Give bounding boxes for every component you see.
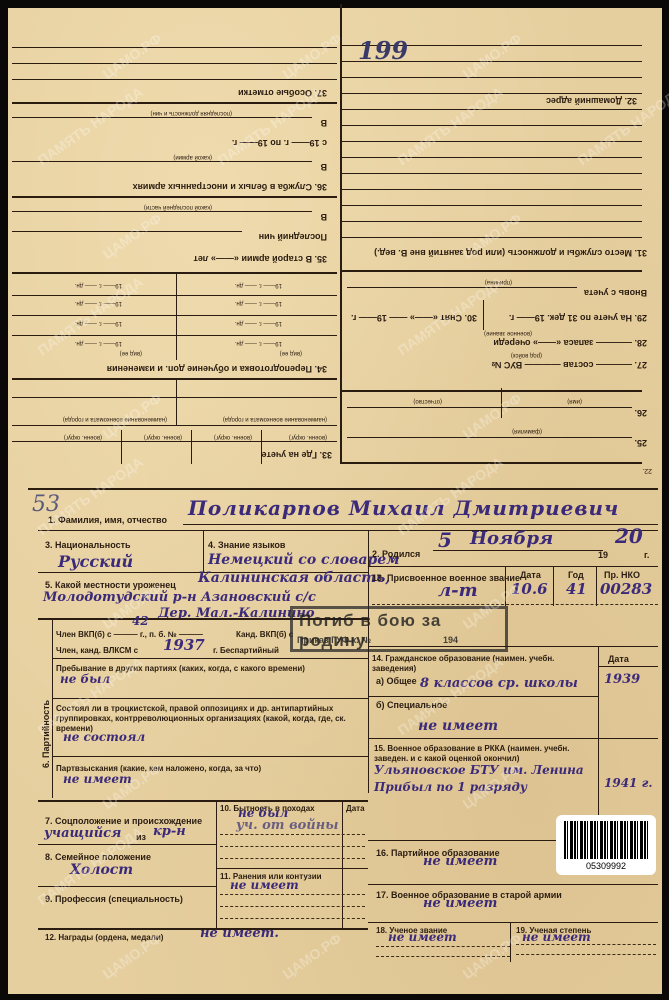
retraining-row: 19—— г. —— дн. <box>235 282 282 288</box>
origin-value: кр-н <box>153 824 186 839</box>
wounds-value: не имеет <box>230 878 299 892</box>
vkpb-candidate-label: Канд. ВКП(б) с <box>236 630 293 639</box>
rank-order-value: 00283 <box>600 580 652 598</box>
branch-caption: (род войск) <box>511 352 542 358</box>
last-rank-label: Последний чин <box>259 232 327 242</box>
rank-value: л-т <box>438 580 478 601</box>
unit-in-label: В <box>321 212 328 222</box>
birth-year-suffix: г. <box>644 550 649 560</box>
campaigns-note: уч. от войны <box>236 818 338 833</box>
general-edu-date: 1939 <box>604 672 640 687</box>
birth-year-prefix: 19 <box>598 550 608 560</box>
field-28-label: 28. ———— запаса «——» очереди <box>493 338 647 348</box>
field-37-label: 37. Особые отметки <box>238 88 327 98</box>
birthplace-line-2: Молодотудский р-н Азановский с/с <box>43 590 316 605</box>
army-caption: (какой армии) <box>173 154 212 160</box>
awards-value: не имеет. <box>200 926 279 941</box>
district-caption-1: (военн. округ) <box>289 434 327 440</box>
nationality-value: Русский <box>58 552 133 571</box>
field-2-label: 2. Родился <box>372 549 420 559</box>
patronymic-caption: (отчество) <box>413 398 442 404</box>
district-caption-2: (военн. округ) <box>214 434 252 440</box>
watermark: ЦАМО.РФ <box>280 930 345 982</box>
field-9-label: 9. Профессия (специальность) <box>45 894 183 904</box>
military-edu-date: 1941 г. <box>604 776 653 790</box>
birth-month-value: Ноября <box>470 528 553 549</box>
origin-from-label: из <box>136 832 146 842</box>
social-status-value: учащийся <box>44 826 121 841</box>
birthplace-line-1: Калининская область, <box>198 570 390 586</box>
opposition-value: не состоял <box>63 730 145 744</box>
field-32-label: 32. Домашний адрес <box>546 96 637 106</box>
field-34-label: 34. Переподготовка и обучение доп. и изм… <box>107 364 327 374</box>
district-caption-3: (военн. округ) <box>144 434 182 440</box>
divider <box>28 488 658 490</box>
academic-degree-value: не имеет <box>522 930 591 944</box>
marital-status-value: Холост <box>70 862 133 878</box>
stamp-line-2: Приказ ГУФ к. № <box>297 635 371 645</box>
field-25-label: 25. <box>634 438 647 448</box>
barcode-icon <box>564 821 648 859</box>
general-edu-value: 8 классов ср. школы <box>420 676 578 691</box>
full-name-value: Поликарпов Михаил Дмитриевич <box>188 496 619 520</box>
field-26-label: 26. <box>634 408 647 418</box>
retraining-row: 19—— г. —— дн. <box>235 340 282 346</box>
retraining-row: 19—— г. —— дн. <box>75 320 122 326</box>
rank-order-header: Пр. НКО <box>604 570 640 580</box>
army-period-label: с 19—— г. по 19—— г. <box>232 138 327 148</box>
edu-date-header: Дата <box>608 654 629 664</box>
other-parties-value: не был <box>60 672 110 686</box>
retraining-row: 19—— г. —— дн. <box>235 300 282 306</box>
military-edu-line-2: Прибыл по 1 разряду <box>374 780 527 794</box>
birth-year-value: 20 <box>615 524 643 548</box>
vlksm-suffix: г. Беспартийный <box>213 646 279 655</box>
field-29-label: 29. На учете по 31 дек. 19—— г. <box>509 313 647 323</box>
field-35-label: 35. В старой армии «——» лет <box>194 254 327 264</box>
stamp-line-1: Погиб в бою за родину <box>299 611 505 651</box>
field-30-label: 30. Снят «——» —— 19—— г. <box>351 313 477 323</box>
retraining-row: 19—— г. —— дн. <box>75 282 122 288</box>
corner-mark: 53 <box>32 492 60 517</box>
archive-barcode: 05309992 <box>556 815 656 875</box>
position-caption: (последняя должность и чин) <box>151 110 233 116</box>
field-1-label: 1. Фамилия, имя, отчество <box>48 515 167 525</box>
personnel-card: 22. 25. (фамилия) 26. (имя) (отчество) 2… <box>8 8 662 994</box>
district-caption-4: (военн. округ) <box>64 434 102 440</box>
rank-date-value: 10.6 <box>511 580 548 598</box>
vlksm-year-value: 1937 <box>163 636 205 654</box>
field-6-label: 6. Партийность <box>41 700 51 768</box>
field-3-label: 3. Национальность <box>45 540 131 550</box>
rank-date-header: Дата <box>520 570 541 580</box>
army-in-label: В <box>321 162 328 172</box>
surname-caption: (фамилия) <box>512 428 542 434</box>
field-22-fragment: 22. <box>642 467 652 474</box>
field-12-label: 12. Награды (ордена, медали) <box>45 933 163 942</box>
removed-from-register-label: Вновь с учета <box>584 288 647 298</box>
field-33-label: 33. Где на учете <box>262 450 332 460</box>
field-4-label: 4. Знание языков <box>208 540 285 550</box>
retraining-type-caption-2: (вид ее) <box>120 350 142 356</box>
page-number: 199 <box>358 36 408 65</box>
party-edu-value: не имеет <box>423 854 497 869</box>
academic-title-value: не имеет <box>388 930 457 944</box>
field-14-label: 14. Гражданское образование (наимен. уче… <box>372 654 592 674</box>
birth-day-value: 5 <box>438 528 452 552</box>
field-5-label: 5. Какой местности уроженец <box>45 580 176 590</box>
vkpb-year-value: 42 <box>132 614 149 628</box>
field-36-label: 36. Служба в белых и иностранных армиях <box>133 182 327 192</box>
field-31-label: 31. Место службы и должность (или род за… <box>374 248 647 258</box>
rank-year-value: 41 <box>566 580 587 598</box>
reason-caption: (причина) <box>485 279 512 285</box>
position-in-label: В <box>321 118 328 128</box>
vlksm-label: Член, канд. ВЛКСМ с <box>56 646 138 655</box>
commissariat-caption-1: (наименование военкомата и города) <box>223 416 327 422</box>
retraining-row: 19—— г. —— дн. <box>75 340 122 346</box>
retraining-type-caption-1: (вид ее) <box>280 350 302 356</box>
special-edu-label: б) Специальное <box>376 700 447 710</box>
retraining-row: 19—— г. —— дн. <box>75 300 122 306</box>
campaigns-date-header: Дата <box>346 804 365 813</box>
old-army-edu-value: не имеет <box>423 896 497 911</box>
special-edu-value: не имеет <box>418 718 498 734</box>
military-edu-line-1: Ульяновское БТУ им. Ленина <box>374 763 584 777</box>
last-unit-caption: (какой последней части) <box>144 204 212 210</box>
general-edu-label: а) Общее <box>376 676 417 686</box>
stamp-line-3: 194 <box>443 635 458 645</box>
rank-year-header: Год <box>568 570 584 580</box>
reverse-side-section: 22. 25. (фамилия) 26. (имя) (отчество) 2… <box>8 8 662 478</box>
barcode-number: 05309992 <box>556 861 656 871</box>
rank-caption: (военное звание) <box>484 330 532 336</box>
retraining-row: 19—— г. —— дн. <box>235 320 282 326</box>
field-27-label: 27. ———— состав ———— ВУС № <box>491 360 647 370</box>
field-15-label: 15. Военное образование в РККА (наимен. … <box>374 744 594 764</box>
party-penalties-value: не имеет <box>63 772 132 786</box>
name-caption: (имя) <box>567 398 582 404</box>
field-8-label: 8. Семейное положение <box>45 852 151 862</box>
commissariat-caption-2: (наименование военкомата и города) <box>63 416 167 422</box>
